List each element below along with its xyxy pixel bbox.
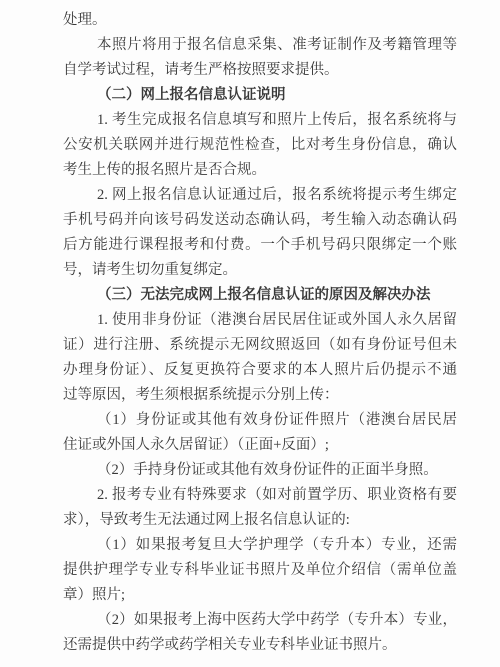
text-line: 还需提供中药学或药学相关专业专科毕业证书照片。 <box>63 633 457 658</box>
text-line: 手机号码并向该号码发送动态确认码，考生输入动态确认码 <box>63 208 457 233</box>
text-line: 2. 网上报名信息认证通过后，报名系统将提示考生绑定 <box>63 183 457 208</box>
text-line: 1. 考生完成报名信息填写和照片上传后，报名系统将与 <box>63 108 457 133</box>
text-line: 提供护理学专业专科毕业证书照片及单位介绍信（需单位盖 <box>63 558 457 583</box>
text-line: （1）身份证或其他有效身份证件照片（港澳台居民居 <box>63 408 457 433</box>
section-heading: （二）网上报名信息认证说明 <box>63 83 457 108</box>
text-line: 办理身份证）、反复更换符合要求的本人照片后仍提示不通 <box>63 358 457 383</box>
text-line: 过等原因，考生须根据系统提示分别上传： <box>63 383 457 408</box>
text-line: 2. 报考专业有特殊要求（如对前置学历、职业资格有要 <box>63 483 457 508</box>
text-line: （1）如果报考复旦大学护理学（专升本）专业，还需 <box>63 533 457 558</box>
text-line: 考生上传的报名照片是否合规。 <box>63 158 457 183</box>
text-line: 处理。 <box>63 8 457 33</box>
text-line: 公安机关联网并进行规范性检查，比对考生身份信息，确认 <box>63 133 457 158</box>
text-line: 住证或外国人永久居留证）（正面+反面）; <box>63 433 457 458</box>
text-line: 1. 使用非身份证（港澳台居民居住证或外国人永久居留 <box>63 308 457 333</box>
document-page: 处理。本照片将用于报名信息采集、准考证制作及考籍管理等自学考试过程，请考生严格按… <box>0 0 500 667</box>
text-line: 求），导致考生无法通过网上报名信息认证的: <box>63 508 457 533</box>
text-line: （2）手持身份证或其他有效身份证件的正面半身照。 <box>63 458 457 483</box>
text-line: 证）进行注册、系统提示无网纹照返回（如有身份证号但未 <box>63 333 457 358</box>
text-line: 号，请考生切勿重复绑定。 <box>63 258 457 283</box>
text-line: 自学考试过程，请考生严格按照要求提供。 <box>63 58 457 83</box>
text-line: （2）如果报考上海中医药大学中药学（专升本）专业， <box>63 608 457 633</box>
section-heading: （三）无法完成网上报名信息认证的原因及解决办法 <box>63 283 457 308</box>
text-line: 本照片将用于报名信息采集、准考证制作及考籍管理等 <box>63 33 457 58</box>
text-line: 后方能进行课程报考和付费。一个手机号码只限绑定一个账 <box>63 233 457 258</box>
text-line: 章）照片; <box>63 583 457 608</box>
document-body: 处理。本照片将用于报名信息采集、准考证制作及考籍管理等自学考试过程，请考生严格按… <box>63 8 457 658</box>
